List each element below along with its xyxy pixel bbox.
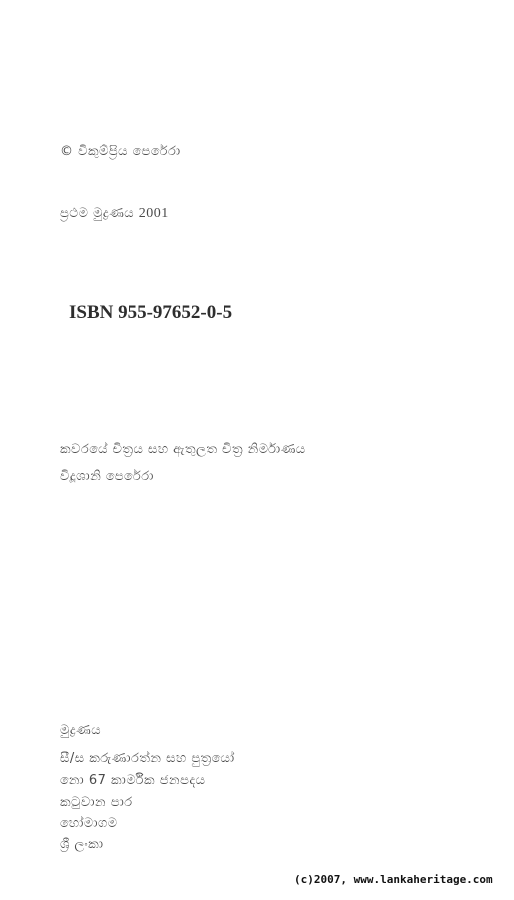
printer-line: නො 67 කාර්මික ජනපදය (60, 772, 206, 790)
isbn: ISBN 955-97652-0-5 (69, 302, 232, 324)
cover-credit-name: විදූශානි පෙරේරා (60, 468, 154, 486)
printer-line: ශ්‍රී ලංකා (60, 836, 103, 854)
first-print-label: ප්‍රථම මුද්‍රණය (60, 206, 134, 221)
cover-credit-label: කවරයේ චිත්‍රය සහ ඇතුලත චිත්‍ර නිර්මාණය (60, 441, 306, 459)
copyright-line: © විකුම්ප්‍රිය පෙරේරා (60, 143, 181, 161)
printer-line: හෝමාගම (60, 815, 118, 833)
first-print-line: ප්‍රථම මුද්‍රණය 2001 (60, 205, 169, 223)
printer-heading: මුද්‍රණය (60, 722, 101, 740)
printer-line: කටුවාන පාර (60, 794, 133, 812)
watermark: (c)2007, www.lankaheritage.com (294, 873, 493, 886)
first-print-year: 2001 (139, 206, 169, 221)
printer-line: සී/ස කරුණාරත්න සහ පුත්‍රයෝ (60, 750, 235, 768)
scanned-copyright-page: © විකුම්ප්‍රිය පෙරේරා ප්‍රථම මුද්‍රණය 20… (0, 0, 514, 900)
